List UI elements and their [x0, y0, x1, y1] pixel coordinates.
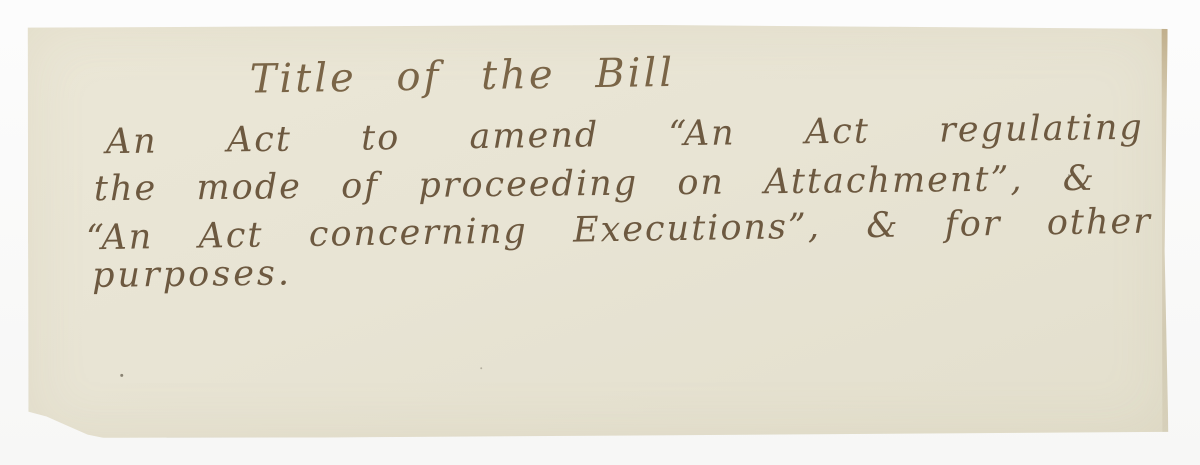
document-title: Title of the Bill [249, 50, 675, 103]
scan-background: Title of the Bill An Act to amend “An Ac… [0, 0, 1200, 465]
paper-slip: Title of the Bill An Act to amend “An Ac… [28, 24, 1169, 438]
paper-speck [480, 367, 482, 369]
torn-right-edge [1162, 24, 1169, 436]
handwritten-line-1: An Act to amend “An Act regulating [106, 106, 1145, 166]
handwritten-line-4: purposes. [92, 253, 292, 295]
paper-speck [120, 374, 123, 377]
paper-speck [1068, 174, 1070, 176]
